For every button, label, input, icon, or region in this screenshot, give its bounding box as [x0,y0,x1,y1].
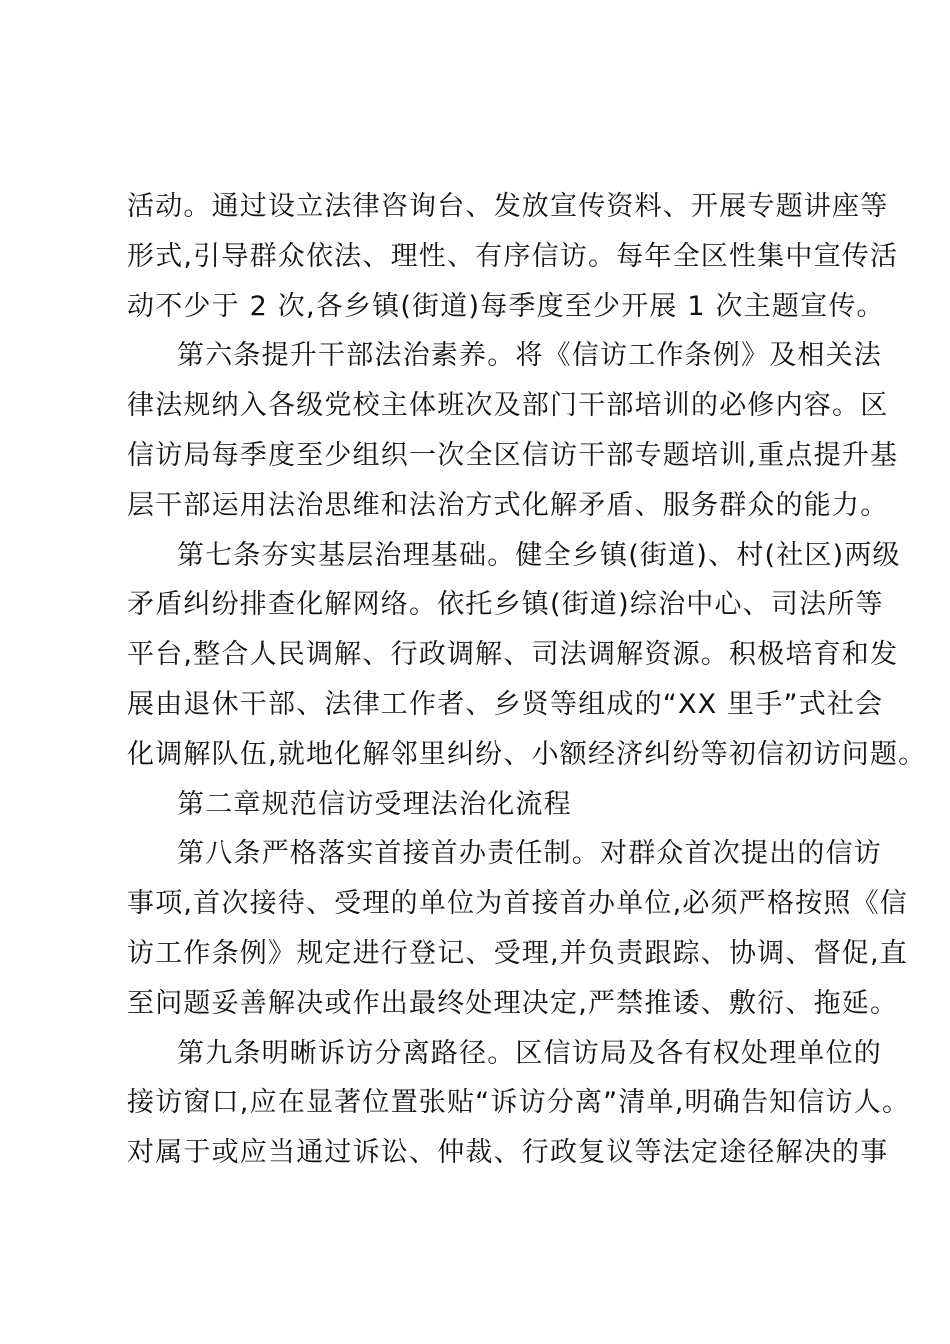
article-9-heading-line: 第九条明晰诉访分离路径。区信访局及各有权处理单位的 [127,1029,830,1079]
text-line-11: 展由退休干部、法律工作者、乡贤等组成的“XX 里手”式社会 [127,680,830,730]
text-line-3: 动不少于 2 次,各乡镇(街道)每季度至少开展 1 次主题宣传。 [127,282,830,332]
text-line-2: 形式,引导群众依法、理性、有序信访。每年全区性集中宣传活 [127,232,830,282]
text-line-5: 律法规纳入各级党校主体班次及部门干部培训的必修内容。区 [127,381,830,431]
document-page: 活动。通过设立法律咨询台、发放宣传资料、开展专题讲座等 形式,引导群众依法、理性… [127,182,830,1178]
text-line-16: 访工作条例》规定进行登记、受理,并负责跟踪、协调、督促,直 [127,929,830,979]
article-8-heading-line: 第八条严格落实首接首办责任制。对群众首次提出的信访 [127,829,830,879]
text-line-6: 信访局每季度至少组织一次全区信访干部专题培训,重点提升基 [127,431,830,481]
chapter-2-heading: 第二章规范信访受理法治化流程 [127,780,830,830]
text-line-19: 接访窗口,应在显著位置张贴“诉访分离”清单,明确告知信访人。 [127,1078,830,1128]
article-7-heading-line: 第七条夯实基层治理基础。健全乡镇(街道)、村(社区)两级 [127,531,830,581]
article-6-heading-line: 第六条提升干部法治素养。将《信访工作条例》及相关法 [127,331,830,381]
text-line-9: 矛盾纠纷排查化解网络。依托乡镇(街道)综治中心、司法所等 [127,580,830,630]
text-line-10: 平台,整合人民调解、行政调解、司法调解资源。积极培育和发 [127,630,830,680]
text-line-17: 至问题妥善解决或作出最终处理决定,严禁推诿、敷衍、拖延。 [127,979,830,1029]
text-line-15: 事项,首次接待、受理的单位为首接首办单位,必须严格按照《信 [127,879,830,929]
text-line-7: 层干部运用法治思维和法治方式化解矛盾、服务群众的能力。 [127,481,830,531]
text-line-20: 对属于或应当通过诉讼、仲裁、行政复议等法定途径解决的事 [127,1128,830,1178]
text-line-12: 化调解队伍,就地化解邻里纠纷、小额经济纠纷等初信初访问题。 [127,730,830,780]
text-line-1: 活动。通过设立法律咨询台、发放宣传资料、开展专题讲座等 [127,182,830,232]
